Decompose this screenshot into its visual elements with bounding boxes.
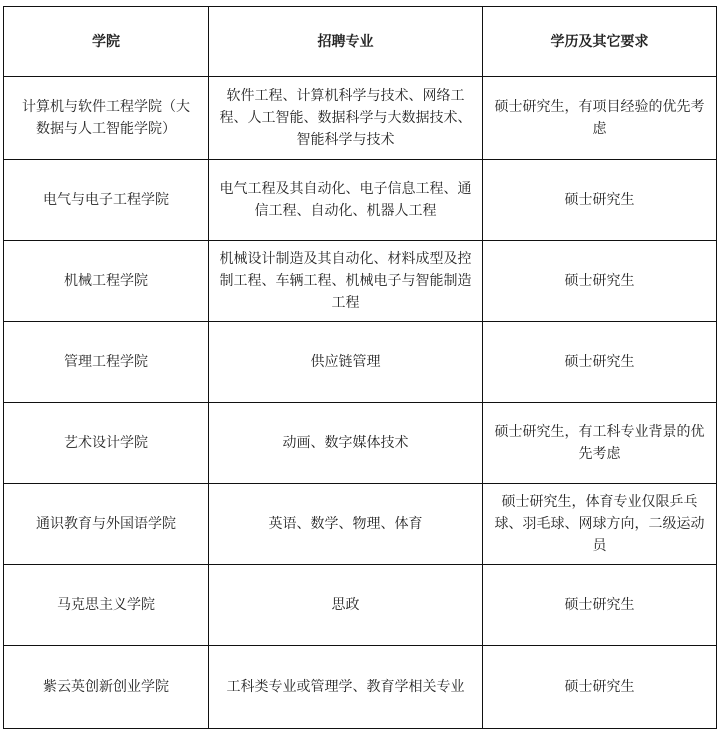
- header-requirement: 学历及其它要求: [483, 7, 717, 77]
- requirement-cell: 硕士研究生，有项目经验的优先考虑: [483, 77, 717, 160]
- table-row: 紫云英创新创业学院 工科类专业或管理学、教育学相关专业 硕士研究生: [4, 646, 717, 729]
- table-row: 机械工程学院 机械设计制造及其自动化、材料成型及控制工程、车辆工程、机械电子与智…: [4, 241, 717, 322]
- header-row: 学院 招聘专业 学历及其它要求: [4, 7, 717, 77]
- college-cell: 通识教育与外国语学院: [4, 484, 209, 565]
- table-row: 管理工程学院 供应链管理 硕士研究生: [4, 322, 717, 403]
- college-cell: 计算机与软件工程学院（大数据与人工智能学院）: [4, 77, 209, 160]
- college-cell: 艺术设计学院: [4, 403, 209, 484]
- major-cell: 英语、数学、物理、体育: [209, 484, 483, 565]
- requirement-cell: 硕士研究生，有工科专业背景的优先考虑: [483, 403, 717, 484]
- requirement-cell: 硕士研究生: [483, 241, 717, 322]
- recruitment-table: 学院 招聘专业 学历及其它要求 计算机与软件工程学院（大数据与人工智能学院） 软…: [3, 6, 717, 729]
- requirement-cell: 硕士研究生，体育专业仅限乒乓球、羽毛球、网球方向，二级运动员: [483, 484, 717, 565]
- table-row: 马克思主义学院 思政 硕士研究生: [4, 565, 717, 646]
- college-cell: 电气与电子工程学院: [4, 160, 209, 241]
- college-cell: 马克思主义学院: [4, 565, 209, 646]
- requirement-cell: 硕士研究生: [483, 322, 717, 403]
- college-cell: 机械工程学院: [4, 241, 209, 322]
- requirement-cell: 硕士研究生: [483, 160, 717, 241]
- header-college: 学院: [4, 7, 209, 77]
- major-cell: 电气工程及其自动化、电子信息工程、通信工程、自动化、机器人工程: [209, 160, 483, 241]
- major-cell: 动画、数字媒体技术: [209, 403, 483, 484]
- header-major: 招聘专业: [209, 7, 483, 77]
- table-row: 电气与电子工程学院 电气工程及其自动化、电子信息工程、通信工程、自动化、机器人工…: [4, 160, 717, 241]
- major-cell: 工科类专业或管理学、教育学相关专业: [209, 646, 483, 729]
- major-cell: 软件工程、计算机科学与技术、网络工程、人工智能、数据科学与大数据技术、智能科学与…: [209, 77, 483, 160]
- table-row: 艺术设计学院 动画、数字媒体技术 硕士研究生，有工科专业背景的优先考虑: [4, 403, 717, 484]
- table-row: 通识教育与外国语学院 英语、数学、物理、体育 硕士研究生，体育专业仅限乒乓球、羽…: [4, 484, 717, 565]
- college-cell: 紫云英创新创业学院: [4, 646, 209, 729]
- requirement-cell: 硕士研究生: [483, 646, 717, 729]
- college-cell: 管理工程学院: [4, 322, 209, 403]
- table-row: 计算机与软件工程学院（大数据与人工智能学院） 软件工程、计算机科学与技术、网络工…: [4, 77, 717, 160]
- major-cell: 机械设计制造及其自动化、材料成型及控制工程、车辆工程、机械电子与智能制造工程: [209, 241, 483, 322]
- college-name: 计算机与软件工程学院（大数据与人工智能学院）: [22, 99, 190, 137]
- requirement-cell: 硕士研究生: [483, 565, 717, 646]
- major-cell: 思政: [209, 565, 483, 646]
- major-cell: 供应链管理: [209, 322, 483, 403]
